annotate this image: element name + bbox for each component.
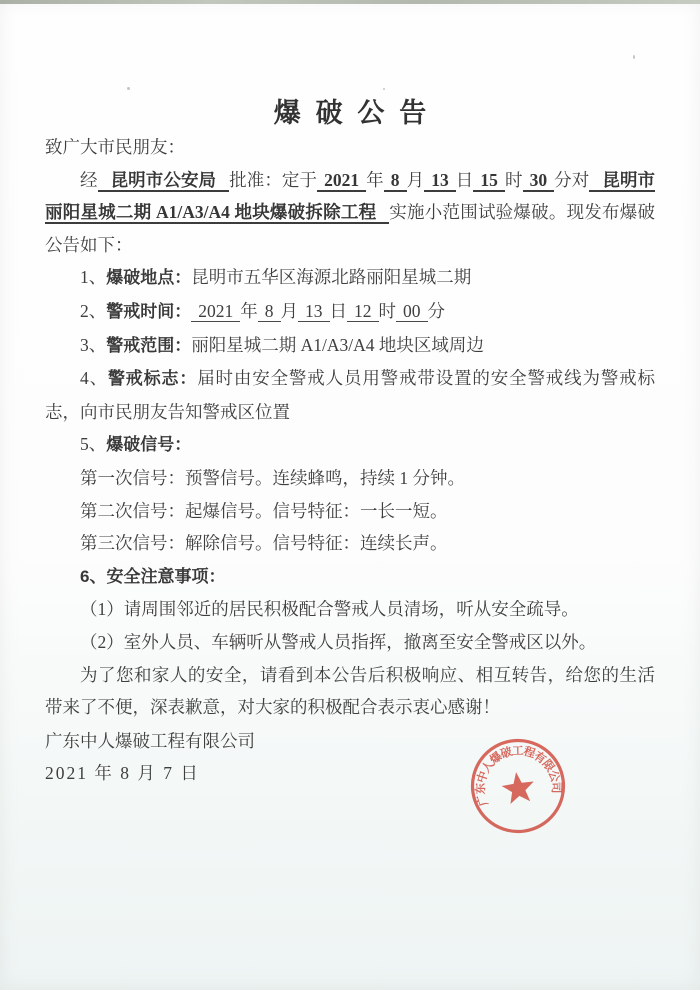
text-segment: 分对 — [554, 170, 589, 190]
alert-month: 8 — [258, 301, 281, 322]
item-colon: ： — [208, 567, 225, 586]
item-blast-signal: 5、爆破信号： — [45, 428, 655, 462]
item-label: 警戒时间 — [106, 302, 174, 321]
item-number: 2、 — [80, 301, 106, 321]
signature-block: 广东中人爆破工程有限公司 2021 年 8 月 7 日 — [45, 725, 655, 790]
text-segment: 日 — [456, 170, 474, 190]
text-segment: 年 — [240, 301, 258, 321]
item-alert-sign: 4、警戒标志：届时由安全警戒人员用警戒带设置的安全警戒线为警戒标志，向市民朋友告… — [45, 362, 655, 428]
text-segment: 月 — [281, 301, 299, 321]
intro-paragraph: 经昆明市公安局批准：定于2021年8月13日15时30分对昆明市丽阳星城二期 A… — [45, 164, 655, 262]
item-alert-time: 2、警戒时间：2021年8月13日12时00分 — [45, 295, 655, 329]
item-label: 警戒标志 — [108, 369, 179, 388]
item-colon: ： — [174, 435, 191, 454]
item-number: 1、 — [80, 267, 106, 287]
alert-hour: 12 — [347, 301, 379, 322]
company-name: 广东中人爆破工程有限公司 — [45, 725, 655, 758]
item-safety-notes: 6、安全注意事项： — [45, 560, 655, 594]
blast-minute: 30 — [523, 170, 555, 192]
signal-line-2: 第二次信号：起爆信号。信号特征：一长一短。 — [45, 495, 655, 528]
page-title: 爆破公告 — [45, 95, 655, 131]
item-label: 爆破地点 — [106, 268, 174, 287]
item-number: 5、 — [80, 434, 106, 454]
item-number: 6、 — [80, 567, 106, 586]
text-segment: 日 — [330, 301, 348, 321]
blast-hour: 15 — [473, 170, 505, 192]
item-colon: ： — [174, 302, 191, 321]
signal-line-1: 第一次信号：预警信号。连续蜂鸣，持续 1 分钟。 — [45, 462, 655, 495]
closing-paragraph: 为了您和家人的安全，请看到本公告后积极响应、相互转告，给您的生活带来了不便，深表… — [45, 659, 655, 724]
document-content: 爆破公告 致广大市民朋友： 经昆明市公安局批准：定于2021年8月13日15时3… — [45, 0, 655, 790]
blast-day: 13 — [424, 170, 456, 192]
item-number: 3、 — [80, 335, 106, 355]
blast-month: 8 — [384, 170, 407, 192]
item-label: 警戒范围 — [106, 336, 174, 355]
text-segment: 时 — [379, 301, 397, 321]
alert-minute: 00 — [396, 301, 428, 322]
signal-line-3: 第三次信号：解除信号。信号特征：连续长声。 — [45, 527, 655, 560]
scanned-notice-page: 爆破公告 致广大市民朋友： 经昆明市公安局批准：定于2021年8月13日15时3… — [0, 0, 700, 990]
text-segment: 时 — [505, 170, 523, 190]
item-label: 爆破信号 — [106, 435, 174, 454]
blast-year: 2021 — [317, 170, 366, 192]
salutation: 致广大市民朋友： — [45, 131, 655, 164]
text-segment: 月 — [407, 170, 425, 190]
item-value: 昆明市五华区海源北路丽阳星城二期 — [191, 267, 471, 287]
note-line-1: （1）请周围邻近的居民积极配合警戒人员清场，听从安全疏导。 — [45, 593, 655, 626]
text-segment: 年 — [366, 170, 384, 190]
approving-authority: 昆明市公安局 — [98, 170, 230, 192]
item-colon: ： — [174, 268, 191, 287]
alert-day: 13 — [298, 301, 330, 322]
text-segment: 分 — [428, 301, 446, 321]
item-alert-range: 3、警戒范围：丽阳星城二期 A1/A3/A4 地块区域周边 — [45, 329, 655, 363]
item-colon: ： — [174, 336, 191, 355]
item-number: 4、 — [80, 368, 108, 388]
alert-year: 2021 — [191, 301, 240, 322]
text-segment: 批准：定于 — [229, 170, 317, 190]
text-segment: 经 — [80, 170, 98, 190]
note-line-2: （2）室外人员、车辆听从警戒人员指挥，撤离至安全警戒区以外。 — [45, 626, 655, 659]
item-label: 安全注意事项 — [106, 567, 208, 586]
item-blast-location: 1、爆破地点：昆明市五华区海源北路丽阳星城二期 — [45, 261, 655, 295]
item-colon: ： — [179, 369, 197, 388]
item-value: 丽阳星城二期 A1/A3/A4 地块区域周边 — [191, 335, 484, 355]
issue-date: 2021 年 8 月 7 日 — [45, 757, 655, 790]
